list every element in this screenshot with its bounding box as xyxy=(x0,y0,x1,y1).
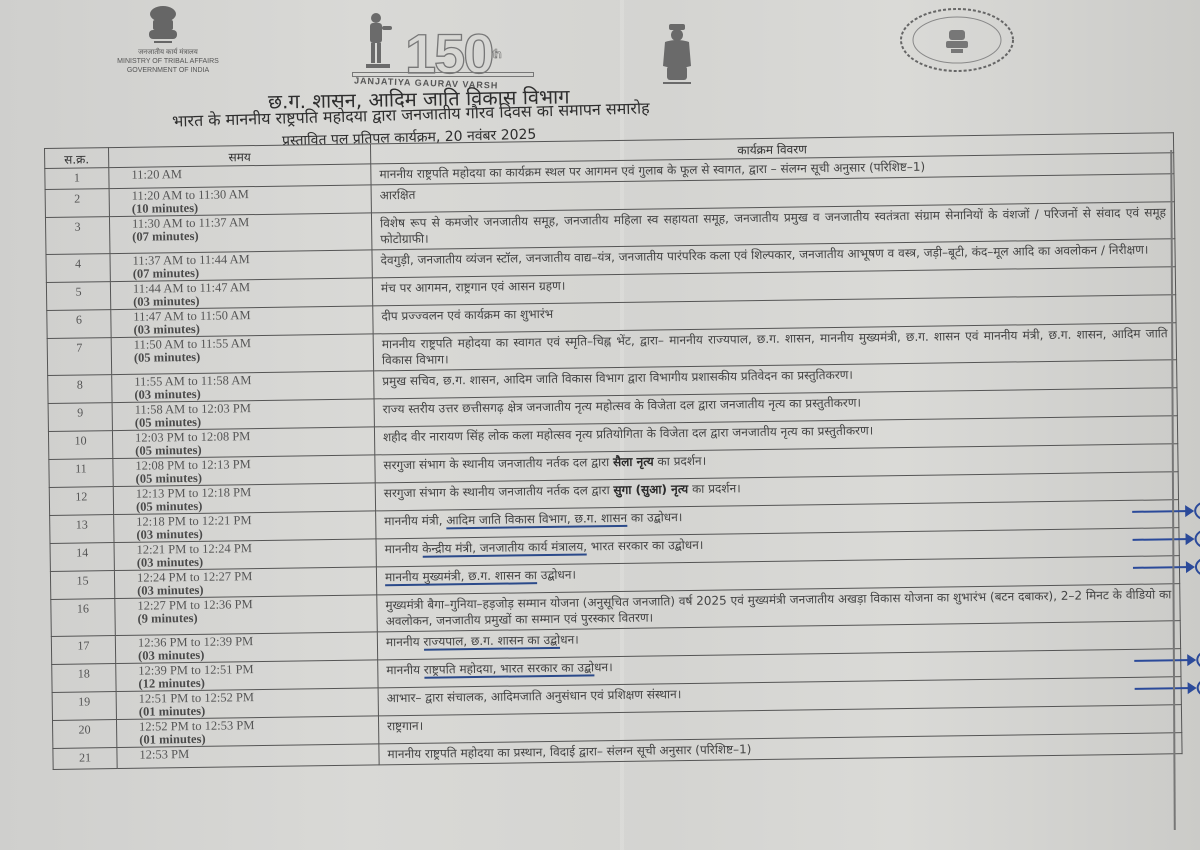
dance-name: सैला नृत्य xyxy=(613,455,654,470)
handwritten-annotation: 1 xyxy=(1132,501,1200,522)
time-cell: 11:37 AM to 11:44 AM(07 minutes) xyxy=(110,250,372,282)
serial-number: 19 xyxy=(52,692,116,721)
serial-number: 14 xyxy=(50,543,114,572)
circled-number: 1 xyxy=(1194,501,1200,521)
desc-text: बोधन। xyxy=(594,660,613,674)
time-cell: 12:36 PM to 12:39 PM(03 minutes) xyxy=(115,632,377,664)
desc-text: माननीय मंत्री, xyxy=(384,513,446,528)
time-cell: 11:47 AM to 11:50 AM(03 minutes) xyxy=(111,306,373,338)
time-cell: 12:51 PM to 12:52 PM(01 minutes) xyxy=(116,688,378,720)
desc-text: आरक्षित xyxy=(380,188,416,202)
ministry-hindi: जनजातीय कार्य मंत्रालय xyxy=(78,48,258,57)
circled-number: 2 xyxy=(1194,529,1200,549)
desc-text: उद्बोधन। xyxy=(537,568,576,583)
serial-number: 21 xyxy=(53,748,117,770)
handwritten-underline-text: आदिम जाति विकास विभाग, छ.ग. शासन xyxy=(446,511,627,530)
time-cell: 12:39 PM to 12:51 PM(12 minutes) xyxy=(116,660,378,692)
logo-superscript: th xyxy=(492,47,499,61)
dance-name: सुगा (सुआ) नृत्य xyxy=(613,482,688,497)
duration: (9 minutes) xyxy=(137,609,376,625)
serial-number: 1 xyxy=(45,168,109,190)
schedule-table-container: स.क्र. समय कार्यक्रम विवरण 111:20 AMमानन… xyxy=(44,132,1183,770)
desc-text: का प्रदर्शन। xyxy=(654,454,707,469)
time-range: 12:53 PM xyxy=(139,747,189,762)
arrow-right-icon xyxy=(1133,566,1193,569)
arrow-right-icon xyxy=(1134,659,1194,662)
desc-text: दीप प्रज्ज्वलन एवं कार्यक्रम का शुभारंभ xyxy=(381,307,553,323)
desc-text: सरगुजा संभाग के स्थानीय जनजातीय नर्तक दल… xyxy=(383,455,613,472)
time-cell: 11:55 AM to 11:58 AM(03 minutes) xyxy=(112,371,374,403)
serial-number: 5 xyxy=(46,282,110,311)
serial-number: 4 xyxy=(46,254,110,283)
header-serial-number: स.क्र. xyxy=(45,148,109,169)
tribal-dancer-icon xyxy=(655,22,700,88)
circled-number: 4 xyxy=(1196,650,1200,670)
handwritten-annotation: 3 xyxy=(1133,557,1200,578)
desc-text: राष्ट्रगान। xyxy=(387,719,423,734)
serial-number: 16 xyxy=(51,599,116,637)
schedule-table: स.क्र. समय कार्यक्रम विवरण 111:20 AMमानन… xyxy=(44,132,1183,770)
time-cell: 11:50 AM to 11:55 AM(05 minutes) xyxy=(111,334,373,375)
time-cell: 12:27 PM to 12:36 PM(9 minutes) xyxy=(115,595,377,636)
serial-number: 2 xyxy=(45,189,109,218)
time-cell: 11:20 AM to 11:30 AM(10 minutes) xyxy=(109,185,371,217)
serial-number: 17 xyxy=(51,636,115,665)
ministry-english: MINISTRY OF TRIBAL AFFAIRS xyxy=(78,57,258,66)
duration: (07 minutes) xyxy=(132,227,371,243)
serial-number: 15 xyxy=(50,571,114,600)
desc-text: माननीय राष्ट्रपति महोदया का प्रस्थान, वि… xyxy=(387,742,751,761)
serial-number: 6 xyxy=(47,310,111,339)
desc-text: प्रमुख सचिव, छ.ग. शासन, आदिम जाति विकास … xyxy=(382,368,853,389)
desc-text: भारत सरकार का उद्बोधन। xyxy=(587,538,704,554)
serial-number: 7 xyxy=(47,338,112,376)
time-cell: 12:21 PM to 12:24 PM(03 minutes) xyxy=(114,539,376,571)
desc-text: सरगुजा संभाग के स्थानीय जनजातीय नर्तक दल… xyxy=(384,483,614,500)
serial-number: 8 xyxy=(48,375,112,404)
desc-text: शहीद वीर नारायण सिंह लोक कला महोत्सव नृत… xyxy=(383,423,873,444)
schedule-table-body: 111:20 AMमाननीय राष्ट्रपति महोदया का कार… xyxy=(45,153,1182,770)
desc-text: का उद्बोधन। xyxy=(627,510,682,525)
desc-text: बोधन। xyxy=(560,633,579,647)
desc-text: आभार– द्वारा संचालक, आदिमजाति अनुसंधान ए… xyxy=(387,687,682,705)
serial-number: 13 xyxy=(50,515,114,544)
desc-text: मंच पर आगमन, राष्ट्रगान एवं आसन ग्रहण। xyxy=(381,279,566,296)
serial-number: 3 xyxy=(45,217,110,255)
birsa-munda-statue-icon xyxy=(358,12,398,72)
time-cell: 12:53 PM xyxy=(117,744,379,769)
chhattisgarh-govt-seal-icon xyxy=(898,6,1016,74)
circled-number: 5 xyxy=(1197,678,1200,698)
ministry-caption: जनजातीय कार्य मंत्रालय MINISTRY OF TRIBA… xyxy=(78,48,258,75)
time-cell: 12:13 PM to 12:18 PM(05 minutes) xyxy=(113,483,375,515)
time-range: 11:20 AM xyxy=(131,167,182,182)
desc-text: का प्रदर्शन। xyxy=(688,481,741,496)
serial-number: 12 xyxy=(49,487,113,516)
handwritten-annotation: 2 xyxy=(1132,529,1200,550)
duration: (05 minutes) xyxy=(134,348,373,364)
time-cell: 11:30 AM to 11:37 AM(07 minutes) xyxy=(109,213,371,254)
serial-number: 11 xyxy=(49,459,113,488)
arrow-right-icon xyxy=(1135,687,1195,690)
time-cell: 12:03 PM to 12:08 PM(05 minutes) xyxy=(112,427,374,459)
arrow-right-icon xyxy=(1133,538,1193,541)
time-cell: 11:44 AM to 11:47 AM(03 minutes) xyxy=(110,278,372,310)
circled-number: 3 xyxy=(1195,557,1200,577)
handwritten-underline-text: राज्यपाल, छ.ग. शासन का उद् xyxy=(423,633,560,651)
desc-text: राज्य स्तरीय उत्तर छत्तीसगढ़ क्षेत्र जनज… xyxy=(383,396,862,417)
serial-number: 9 xyxy=(48,403,112,432)
arrow-right-icon xyxy=(1132,510,1192,513)
time-cell: 12:52 PM to 12:53 PM(01 minutes) xyxy=(116,716,378,748)
national-emblem-icon xyxy=(138,4,188,48)
handwritten-annotation: 4 xyxy=(1134,650,1200,671)
desc-text: माननीय xyxy=(385,542,423,557)
serial-number: 18 xyxy=(52,664,116,693)
handwritten-underline-text: माननीय मुख्यमंत्री, छ.ग. शासन का xyxy=(385,568,537,586)
handwritten-underline-text: राष्ट्रपति महोदया, भारत सरकार का उद् xyxy=(424,660,595,678)
desc-text: माननीय xyxy=(386,635,424,650)
time-cell: 12:24 PM to 12:27 PM(03 minutes) xyxy=(114,567,376,599)
serial-number: 20 xyxy=(52,720,116,749)
government-of-india: GOVERNMENT OF INDIA xyxy=(78,66,258,75)
serial-number: 10 xyxy=(48,431,112,460)
time-cell: 12:08 PM to 12:13 PM(05 minutes) xyxy=(113,455,375,487)
time-cell: 11:58 AM to 12:03 PM(05 minutes) xyxy=(112,399,374,431)
handwritten-underline-text: केन्द्रीय मंत्री, जनजातीय कार्य मंत्रालय… xyxy=(422,539,587,557)
desc-text: माननीय xyxy=(386,663,424,678)
handwritten-annotation: 5 xyxy=(1135,678,1200,699)
time-cell: 12:18 PM to 12:21 PM(03 minutes) xyxy=(114,511,376,543)
